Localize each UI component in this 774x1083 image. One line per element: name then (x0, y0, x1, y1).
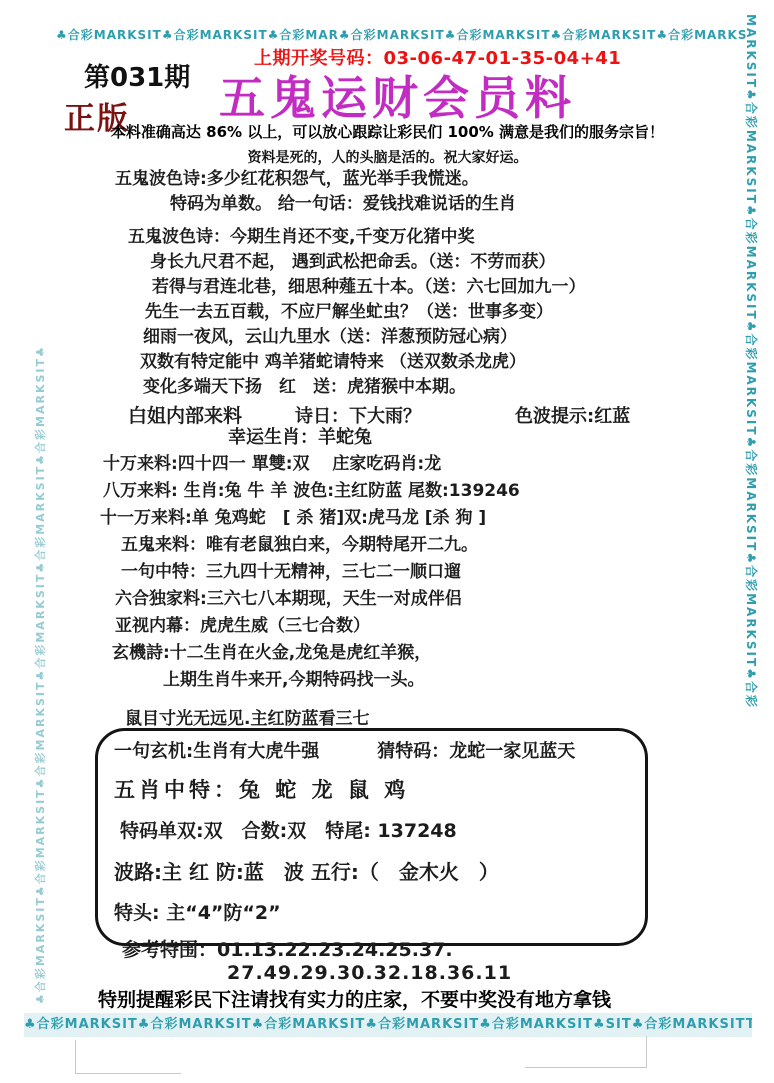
prediction-box: 一句玄机:生肖有大虎牛强猜特码：龙蛇一家见蓝天 五肖中特：兔 蛇 龙 鼠 鸡 特… (95, 728, 648, 946)
material-80k: 八万来料: 生肖:兔 牛 羊 波色:主红防蓝 尾数:139246 (103, 478, 718, 505)
prediction-row-mystery: 一句玄机:生肖有大虎牛强猜特码：龙蛇一家见蓝天 (114, 737, 645, 763)
accuracy-slogan: 本料准确高达 86% 以上，可以放心跟踪让彩民们 100% 满意是我们的服务宗旨… (60, 121, 715, 142)
material-100k: 十万来料:四十四一 單雙:双 庄家吃码肖:龙 (103, 451, 718, 478)
luck-slogan: 资料是死的，人的头脑是活的。祝大家好运。 (60, 147, 715, 167)
baijie-label: 白姐内部来料 (128, 401, 242, 428)
material-atv-insider: 亚视内幕：虎虎生威（三七合数） (115, 613, 718, 640)
poem-section: 五鬼波色诗:多少红花积怨气，蓝光举手我慌迷。 特码为单数。 给一句话：爱钱找难说… (95, 167, 695, 400)
material-exclusive: 六合独家料:三六七八本期现，天生一对成伴侣 (115, 586, 718, 613)
issue-number: 第031期 (84, 57, 190, 94)
poem2-line7: 变化多端天下扬 红 送：虎猪猴中本期。 (143, 375, 695, 400)
scan-artifact-right (525, 1036, 647, 1068)
material-one-line-special: 一句中特：三九四十无精神，三七二一顺口遛 (121, 559, 718, 586)
five-zodiac-special: 五肖中特：兔 蛇 龙 鼠 鸡 (114, 774, 645, 804)
border-pattern-left: ♣合彩MARKSIT♣合彩MARKSIT♣合彩MARKSIT♣合彩MARKSIT… (32, 46, 54, 1004)
border-pattern-top: ♣合彩MARKSIT♣合彩MARKSIT♣合彩MAR♣合彩MARKSIT♣合彩M… (56, 26, 748, 46)
material-mystery-poem2: 上期生肖牛来开,今期特码找一头。 (163, 667, 718, 694)
poem2-line4: 先生一去五百载，不应尸解坐虻虫？（送：世事多变） (145, 300, 695, 325)
footer-warning: 特别提醒彩民下注请找有实力的庄家，不要中奖没有地方拿钱 (98, 985, 611, 1012)
reference-range-line2: 27.49.29.30.32.18.36.11 (227, 962, 645, 984)
page-title: 五鬼运财会员料 (219, 62, 576, 128)
poem1-line2: 特码为单数。 给一句话：爱钱找难说话的生肖 (170, 192, 695, 217)
border-pattern-bottom: ♣合彩MARKSIT♣合彩MARKSIT♣合彩MARKSIT♣合彩MARKSIT… (24, 1013, 752, 1037)
reference-range-line1: 参考特围：01.13.22.23.24.25.37. (122, 935, 645, 962)
lottery-tip-sheet: ♣合彩MARKSIT♣合彩MARKSIT♣合彩MAR♣合彩MARKSIT♣合彩M… (0, 0, 774, 1083)
material-110k: 十一万来料:单 兔鸡蛇 [ 杀 猪]双:虎马龙 [杀 狗 ] (100, 505, 718, 532)
parity-sum-tail: 特码单双:双 合数:双 特尾: 137248 (120, 816, 645, 843)
poem2-line1: 五鬼波色诗：今期生肖还不变,千变万化猪中奖 (128, 225, 695, 250)
special-head: 特头: 主“4”防“2” (114, 898, 645, 925)
guess-special: 猜特码：龙蛇一家见蓝天 (377, 741, 575, 762)
mystery-phrase: 一句玄机:生肖有大虎牛强 (114, 741, 319, 762)
material-five-ghosts: 五鬼来料：唯有老鼠独白来，今期特尾开二九。 (121, 532, 718, 559)
wave-path-elements: 波路:主 红 防:蓝 波 五行:（ 金木火 ） (114, 856, 645, 885)
poem2-line3: 若得与君连北巷，细思种薤五十本。（送：六七回加九一） (152, 275, 695, 300)
material-mystery-poem: 玄機詩:十二生肖在火金,龙兔是虎红羊猴， (112, 640, 718, 667)
scan-artifact-left (75, 1040, 181, 1074)
poem1-line1: 五鬼波色诗:多少红花积怨气，蓝光举手我慌迷。 (115, 167, 695, 192)
poem2-line5: 细雨一夜风，云山九里水（送：洋葱预防冠心病） (143, 325, 695, 350)
poem2-line6: 双数有特定能中 鸡羊猪蛇请特来 （送双数杀龙虎） (140, 350, 695, 375)
baijie-section: 白姐内部来料 诗日：下大雨？ 色波提示:红蓝 幸运生肖：羊蛇兔 (95, 399, 655, 447)
materials-section: 十万来料:四十四一 單雙:双 庄家吃码肖:龙 八万来料: 生肖:兔 牛 羊 波色… (98, 451, 718, 733)
baijie-color-hint: 色波提示:红蓝 (515, 402, 630, 428)
border-pattern-right: MARKSIT♣合彩MARKSIT♣合彩MARKSIT♣合彩MARKSIT♣合彩… (736, 14, 760, 1010)
baijie-lucky-zodiac: 幸运生肖：羊蛇兔 (228, 423, 372, 449)
poem2-line2: 身长九尺君不起， 遇到武松把命丢。（送：不劳而获） (150, 250, 695, 275)
